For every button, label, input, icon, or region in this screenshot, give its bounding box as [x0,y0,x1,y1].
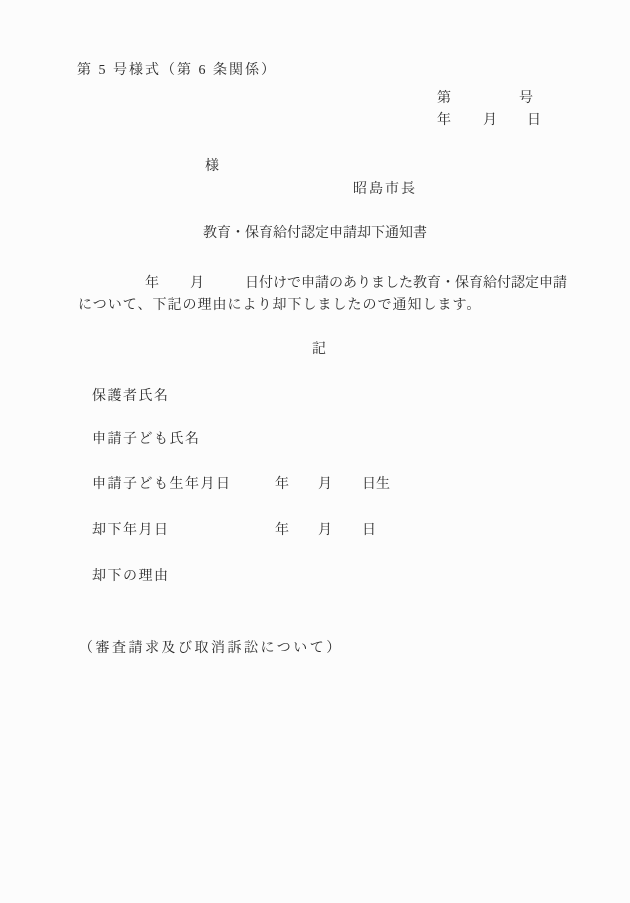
field-row-child-birthdate: 申請子ども生年月日 年 月 日生 [0,477,630,493]
issue-date-year-label: 年 [437,113,451,129]
rejection-year-label: 年 [275,523,289,539]
doc-number-suffix: 号 [519,91,533,107]
child-name-label: 申請子ども氏名 [92,432,201,448]
doc-number-line: 第 号 [0,91,630,107]
birthdate-month-label: 月 [318,477,332,493]
addressee-honorific: 様 [205,159,219,175]
issue-date-month-label: 月 [483,113,497,129]
field-row-guardian-name: 保護者氏名 [0,389,630,405]
body-application-month-label: 月 [190,276,204,292]
sender-name: 昭島市長 [353,182,417,198]
body-line-1: 年 月 日付けで申請のありました教育・保育給付認定申請 [0,276,630,292]
child-birthdate-label: 申請子ども生年月日 [92,477,232,493]
birthdate-day-label: 日生 [362,477,390,493]
rejection-date-label: 却下年月日 [92,523,170,539]
form-number: 第 5 号様式（第 6 条関係） [77,63,277,79]
body-application-year-label: 年 [145,276,159,292]
rejection-day-label: 日 [362,523,376,539]
issue-date-day-label: 日 [527,113,541,129]
field-row-rejection-date: 却下年月日 年 月 日 [0,523,630,539]
field-row-child-name: 申請子ども氏名 [0,432,630,448]
issue-date-line: 年 月 日 [0,113,630,129]
body-line-1-text: 日付けで申請のありました教育・保育給付認定申請 [245,276,567,292]
footer-note: （審査請求及び取消訴訟について） [79,641,343,657]
rejection-reason-label: 却下の理由 [92,569,170,585]
document-title: 教育・保育給付認定申請却下通知書 [203,226,427,242]
document-page: 第 5 号様式（第 6 条関係） 第 号 年 月 日 様 昭島市長 教育・保育給… [0,0,630,903]
field-row-rejection-reason: 却下の理由 [0,569,630,585]
body-line-2: について、下記の理由により却下しましたので通知します。 [78,298,481,314]
doc-number-prefix: 第 [437,91,451,107]
record-marker: 記 [312,342,326,358]
guardian-name-label: 保護者氏名 [92,389,170,405]
rejection-month-label: 月 [318,523,332,539]
birthdate-year-label: 年 [275,477,289,493]
